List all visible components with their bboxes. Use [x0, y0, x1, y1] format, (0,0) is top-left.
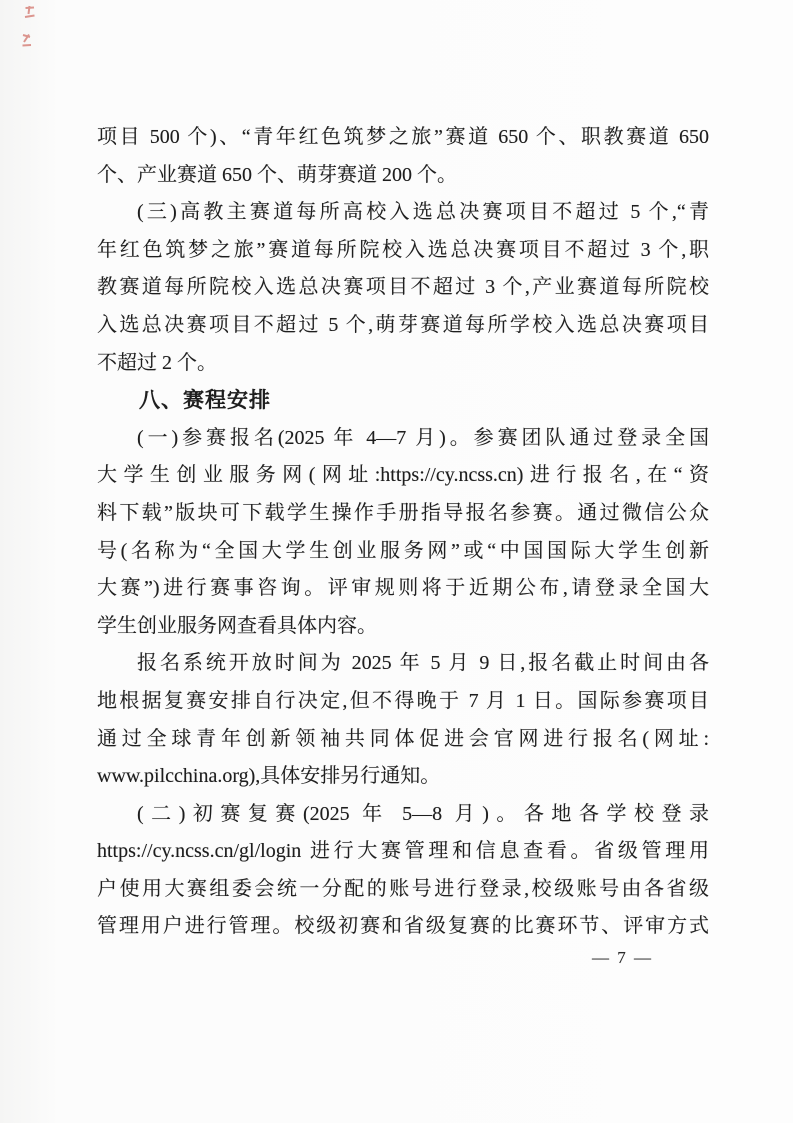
text-line: 料下载”版块可下载学生操作手册指导报名参赛。通过微信公众 [97, 495, 709, 533]
text-line: 入选总决赛项目不超过 5 个,萌芽赛道每所学校入选总决赛项目 [97, 307, 709, 345]
text-line: 户使用大赛组委会统一分配的账号进行登录,校级账号由各省级 [97, 871, 709, 909]
text-line: www.pilcchina.org),具体安排另行通知。 [97, 758, 709, 796]
text-line: 管理用户进行管理。校级初赛和省级复赛的比赛环节、评审方式 [97, 908, 709, 946]
text-line: 学生创业服务网查看具体内容。 [97, 608, 709, 646]
text-line: 项目 500 个)、“青年红色筑梦之旅”赛道 650 个、职教赛道 650 [97, 119, 709, 157]
scanned-document-page: 项目 500 个)、“青年红色筑梦之旅”赛道 650 个、职教赛道 650 个、… [0, 0, 793, 1123]
text-line: 不超过 2 个。 [97, 345, 709, 383]
text-line: 号(名称为“全国大学生创业服务网”或“中国国际大学生创新 [97, 533, 709, 571]
text-line: 教赛道每所院校入选总决赛项目不超过 3 个,产业赛道每所院校 [97, 269, 709, 307]
document-body: 项目 500 个)、“青年红色筑梦之旅”赛道 650 个、职教赛道 650 个、… [97, 119, 709, 946]
text-line: 大赛”)进行赛事咨询。评审规则将于近期公布,请登录全国大 [97, 570, 709, 608]
red-ink-mark-icon [23, 5, 36, 24]
text-line: (一)参赛报名(2025 年 4—7 月)。参赛团队通过登录全国 [97, 420, 709, 458]
text-line: 地根据复赛安排自行决定,但不得晚于 7 月 1 日。国际参赛项目 [97, 683, 709, 721]
section-heading: 八、赛程安排 [97, 382, 709, 420]
text-line: 个、产业赛道 650 个、萌芽赛道 200 个。 [97, 157, 709, 195]
red-ink-mark-icon [20, 33, 33, 53]
text-line: 报名系统开放时间为 2025 年 5 月 9 日,报名截止时间由各 [97, 645, 709, 683]
text-line: 大学生创业服务网(网址:https://cy.ncss.cn)进行报名,在“资 [97, 457, 709, 495]
text-line: (三)高教主赛道每所高校入选总决赛项目不超过 5 个,“青 [97, 194, 709, 232]
text-line: 年红色筑梦之旅”赛道每所院校入选总决赛项目不超过 3 个,职 [97, 232, 709, 270]
text-line: https://cy.ncss.cn/gl/login 进行大赛管理和信息查看。… [97, 833, 709, 871]
text-line: (二)初赛复赛(2025 年 5—8 月)。各地各学校登录 [97, 796, 709, 834]
text-line: 通过全球青年创新领袖共同体促进会官网进行报名(网址: [97, 721, 709, 759]
page-number: — 7 — [0, 948, 653, 968]
